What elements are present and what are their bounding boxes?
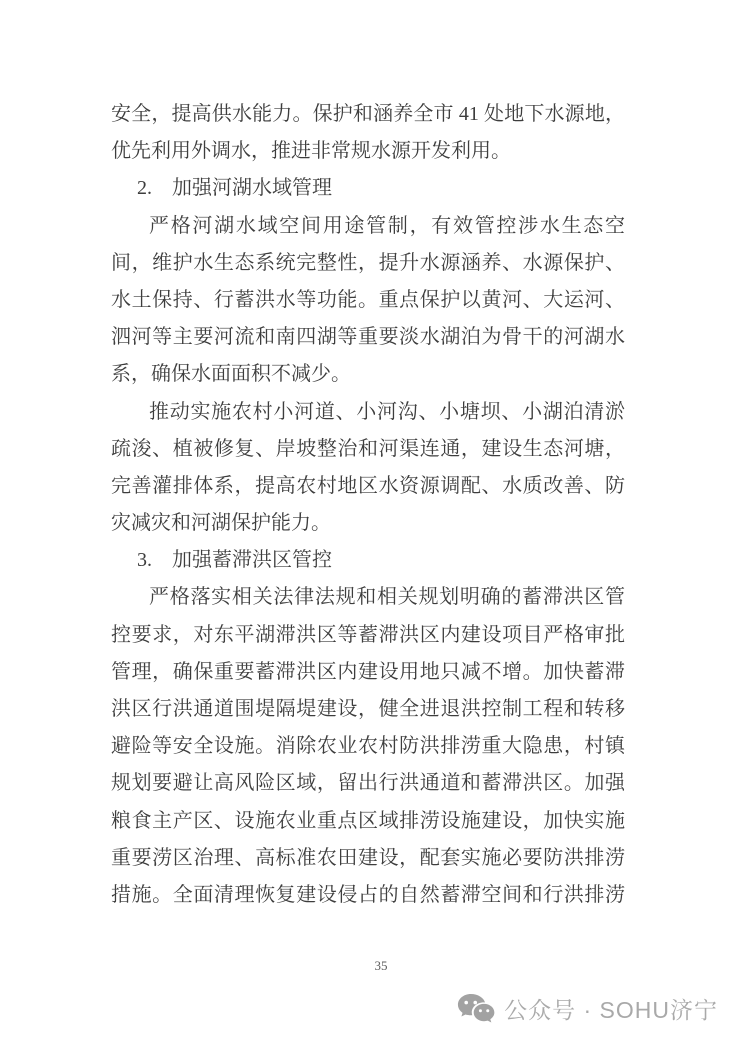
section-heading: 3. 加强蓄滞洪区管控	[111, 542, 625, 579]
text-line: 规划要避让高风险区域，留出行洪通道和蓄滞洪区。加强	[111, 765, 625, 802]
text-line: 洪区行洪通道围堤隔堤建设，健全进退洪控制工程和转移	[111, 691, 625, 728]
section-heading: 2. 加强河湖水域管理	[111, 170, 625, 207]
document-body: 安全，提高供水能力。保护和涵养全市 41 处地下水源地，优先利用外调水，推进非常…	[111, 96, 625, 914]
text-line: 系，确保水面面积不减少。	[111, 356, 625, 393]
document-page: 安全，提高供水能力。保护和涵养全市 41 处地下水源地，优先利用外调水，推进非常…	[0, 0, 740, 1047]
text-line: 安全，提高供水能力。保护和涵养全市 41 处地下水源地，	[111, 96, 625, 133]
text-line: 泗河等主要河流和南四湖等重要淡水湖泊为骨干的河湖水	[111, 319, 625, 356]
text-line: 重要涝区治理、高标准农田建设，配套实施必要防洪排涝	[111, 840, 625, 877]
text-line: 水土保持、行蓄洪水等功能。重点保护以黄河、大运河、	[111, 282, 625, 319]
text-line: 优先利用外调水，推进非常规水源开发利用。	[111, 133, 625, 170]
text-line: 间，维护水生态系统完整性，提升水源涵养、水源保护、	[111, 245, 625, 282]
text-line: 严格落实相关法律法规和相关规划明确的蓄滞洪区管	[111, 579, 625, 616]
wechat-icon	[457, 993, 495, 1025]
text-line: 措施。全面清理恢复建设侵占的自然蓄滞空间和行洪排涝	[111, 877, 625, 914]
page-number: 35	[0, 958, 740, 974]
text-line: 推动实施农村小河道、小河沟、小塘坝、小湖泊清淤	[111, 394, 625, 431]
text-line: 严格河湖水域空间用途管制，有效管控涉水生态空	[111, 208, 625, 245]
watermark: 公众号 · SOHU济宁	[457, 992, 718, 1025]
text-line: 管理，确保重要蓄滞洪区内建设用地只减不增。加快蓄滞	[111, 654, 625, 691]
watermark-text: 公众号 · SOHU济宁	[504, 992, 718, 1025]
text-line: 灾减灾和河湖保护能力。	[111, 505, 625, 542]
text-line: 疏浚、植被修复、岸坡整治和河渠连通，建设生态河塘，	[111, 431, 625, 468]
text-line: 控要求，对东平湖滞洪区等蓄滞洪区内建设项目严格审批	[111, 617, 625, 654]
text-line: 粮食主产区、设施农业重点区域排涝设施建设，加快实施	[111, 803, 625, 840]
text-line: 完善灌排体系，提高农村地区水资源调配、水质改善、防	[111, 468, 625, 505]
text-line: 避险等安全设施。消除农业农村防洪排涝重大隐患，村镇	[111, 728, 625, 765]
